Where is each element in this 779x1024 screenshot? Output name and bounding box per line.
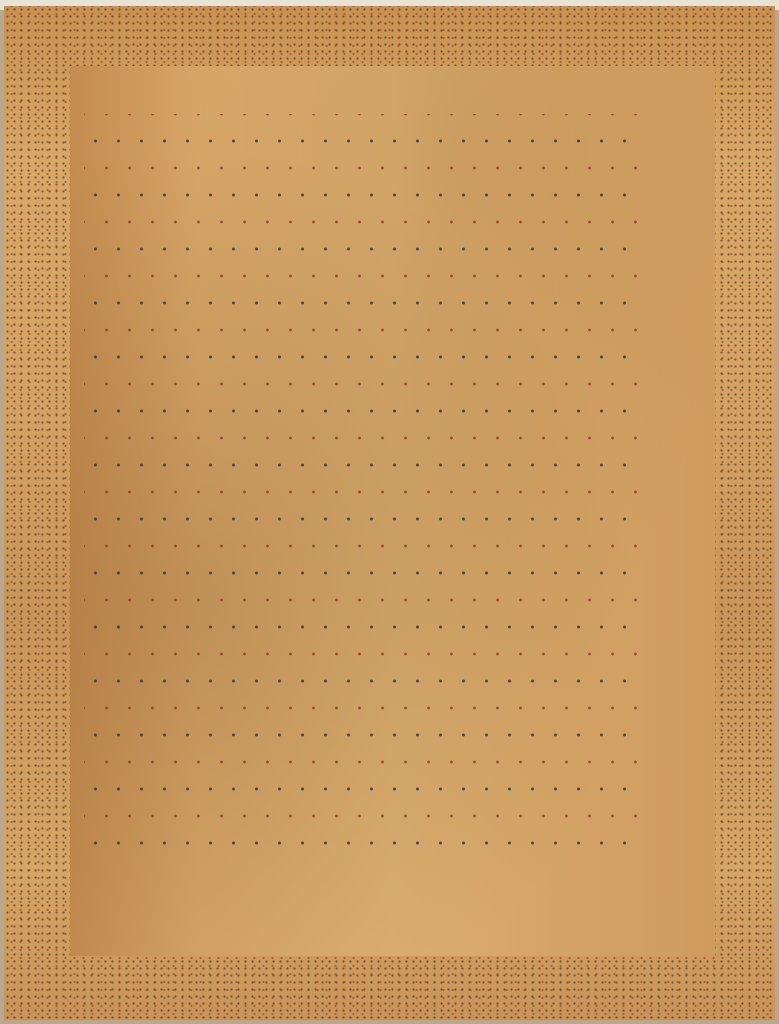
rug (4, 6, 775, 1020)
rug-photo: Gabbeh-style rug with golden-tan field a… (0, 0, 779, 1024)
dot-motifs (84, 114, 644, 854)
